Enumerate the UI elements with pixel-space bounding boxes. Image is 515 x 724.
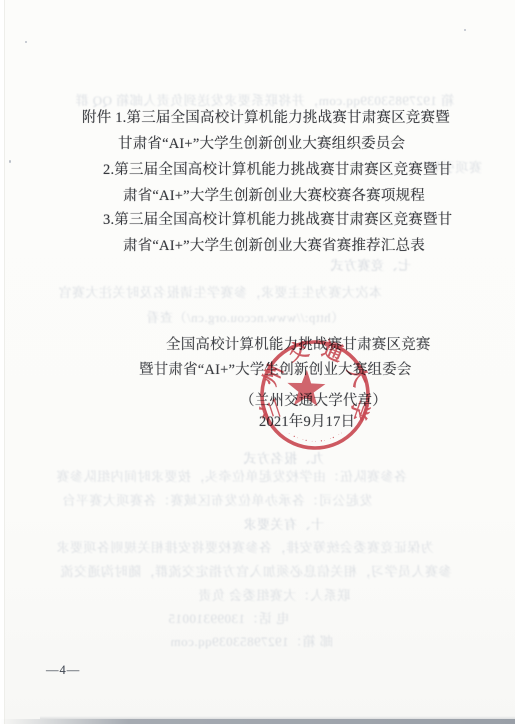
attachment-line-2b: 肃省“AI+”大学生创新创业大赛校赛各赛项规程 (123, 187, 425, 206)
attachment-line-1b: 甘肃省“AI+”大学生创新创业大赛组织委员会 (118, 135, 405, 154)
bleedthrough-text: 为保证竞赛委会统筹安排，各参赛校要将安排相关规则各项要求 (56, 537, 434, 556)
document-page: 箱 19279853039qq.com，并将联系要求发送到负责人邮箱 QQ 群 … (0, 0, 515, 724)
bleedthrough-text: 邮 箱：19279853039qq.com (170, 631, 333, 650)
bleedthrough-text: 十、有关要求 (243, 514, 324, 533)
attachment-line-2a: 2.第三届全国高校计算机能力挑战赛甘肃赛区竞赛暨甘 (103, 161, 452, 180)
bleedthrough-text: 电 话：13099310015 (168, 608, 289, 627)
attachment-line-3b: 肃省“AI+”大学生创新创业大赛省赛推荐汇总表 (123, 237, 425, 256)
scan-speck (464, 29, 466, 31)
bleedthrough-text: 发起公司：各承办单位发布区域赛：各赛项大赛平台 (62, 490, 373, 509)
bleedthrough-text: 联系人：大赛组委会 负责 (198, 585, 350, 604)
seal-organization-text: 兰州交通大学 (255, 335, 376, 428)
page-left-edge (0, 0, 5, 724)
bleedthrough-text: 参赛人员学习，相关信息必须加入官方指定交流群，随时沟通交流 (60, 561, 452, 580)
attachment-line-1a: 附件 1.第三届全国高校计算机能力挑战赛甘肃赛区竞赛暨 (82, 109, 450, 128)
bleedthrough-text: 七、竞赛方式 (330, 255, 411, 274)
seal-star-icon (287, 369, 326, 407)
svg-text:兰州交通大学: 兰州交通大学 (255, 335, 376, 428)
bleedthrough-text: 箱 19279853039qq.com，并将联系要求发送到负责人邮箱 QQ 群 (75, 90, 454, 109)
page-bottom-edge (0, 719, 515, 724)
scan-speck (9, 160, 11, 163)
bleedthrough-text: （http://www.nccou.org.cn/）查看 (146, 307, 344, 326)
official-seal: 兰州交通大学 · •· ·• ·· •· ·• ·· •· (246, 326, 385, 465)
attachment-line-3a: 3.第三届全国高校计算机能力挑战赛甘肃赛区竞赛暨甘 (103, 211, 452, 230)
bleedthrough-text: 各参赛队伍：由学校发起单位牵头，按要求时间内组队参赛 (56, 466, 407, 485)
bleedthrough-text: 本次大赛为生主要求，参赛学生请报名及时关注大赛官 (58, 282, 382, 301)
seal-ring-circle (260, 340, 370, 450)
scan-speck (25, 41, 27, 43)
page-number: —4— (46, 663, 80, 678)
